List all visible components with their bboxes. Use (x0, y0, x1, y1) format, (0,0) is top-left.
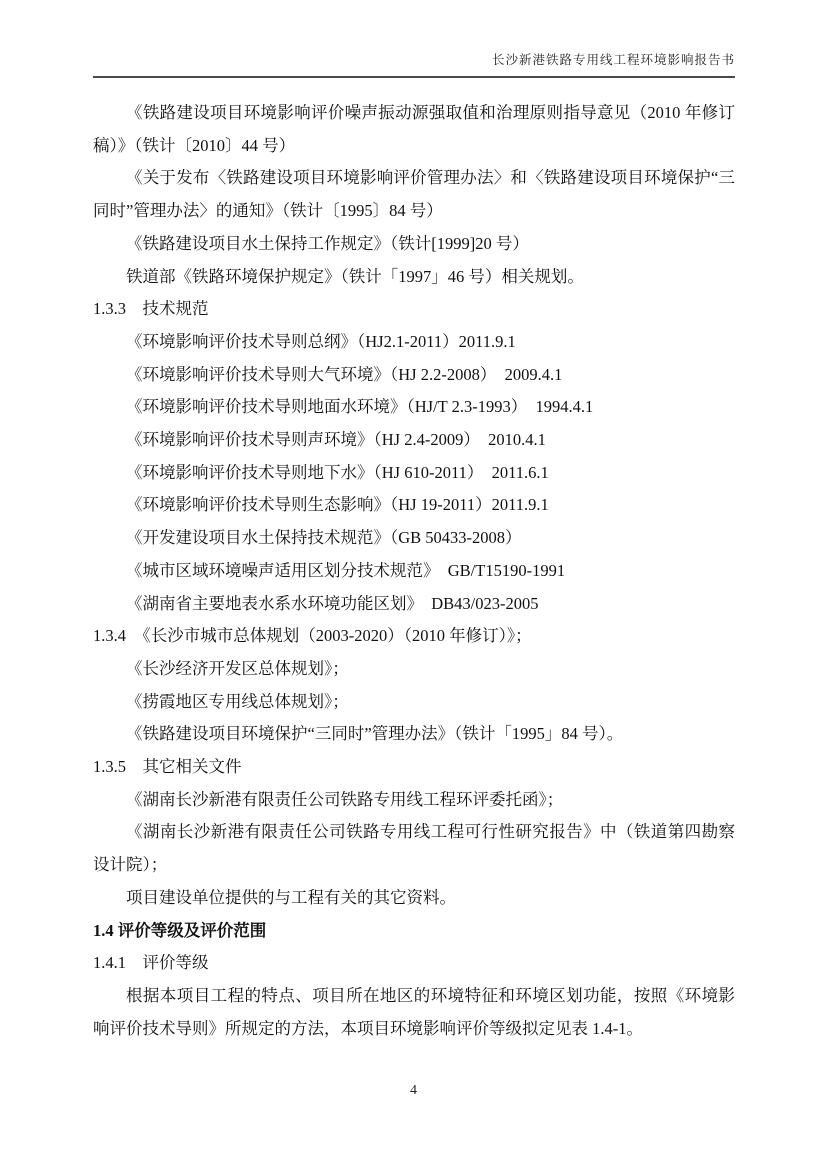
section-heading: 1.3.3 技术规范 (93, 293, 735, 326)
paragraph: 《环境影响评价技术导则总纲》（HJ2.1-2011）2011.9.1 (93, 326, 735, 359)
paragraph: 《环境影响评价技术导则生态影响》（HJ 19-2011）2011.9.1 (93, 489, 735, 522)
paragraph: 《城市区域环境噪声适用区划分技术规范》 GB/T15190-1991 (93, 555, 735, 588)
paragraph: 《关于发布〈铁路建设项目环境影响评价管理办法〉和〈铁路建设项目环境保护“三同时”… (93, 162, 735, 227)
section-heading: 1.4.1 评价等级 (93, 947, 735, 980)
section-heading: 1.3.5 其它相关文件 (93, 751, 735, 784)
paragraph: 根据本项目工程的特点、项目所在地区的环境特征和环境区划功能，按照《环境影响评价技… (93, 980, 735, 1045)
paragraph: 《铁路建设项目环境影响评价噪声振动源强取值和治理原则指导意见（2010 年修订稿… (93, 97, 735, 162)
paragraph: 《环境影响评价技术导则大气环境》（HJ 2.2-2008） 2009.4.1 (93, 359, 735, 392)
paragraph: 《湖南长沙新港有限责任公司铁路专用线工程环评委托函》； (93, 784, 735, 817)
paragraph: 《开发建设项目水土保持技术规范》（GB 50433-2008） (93, 522, 735, 555)
section-heading: 1.3.4 《长沙市城市总体规划（2003-2020）（2010 年修订）》； (93, 620, 735, 653)
paragraph: 《铁路建设项目水土保持工作规定》（铁计[1999]20 号） (93, 228, 735, 261)
page-number: 4 (410, 1083, 417, 1098)
paragraph: 《捞霞地区专用线总体规划》； (93, 686, 735, 719)
paragraph: 铁道部《铁路环境保护规定》（铁计「1997」46 号）相关规划。 (93, 261, 735, 294)
paragraph: 《环境影响评价技术导则声环境》（HJ 2.4-2009） 2010.4.1 (93, 424, 735, 457)
report-header: 长沙新港铁路专用线工程环境影响报告书 (93, 50, 735, 78)
paragraph: 《长沙经济开发区总体规划》； (93, 653, 735, 686)
chapter-heading: 1.4 评价等级及评价范围 (93, 915, 735, 948)
paragraph: 项目建设单位提供的与工程有关的其它资料。 (93, 882, 735, 915)
paragraph: 《铁路建设项目环境保护“三同时”管理办法》（铁计「1995」84 号）。 (93, 718, 735, 751)
document-body: 《铁路建设项目环境影响评价噪声振动源强取值和治理原则指导意见（2010 年修订稿… (93, 97, 735, 1045)
document-page: 长沙新港铁路专用线工程环境影响报告书 《铁路建设项目环境影响评价噪声振动源强取值… (0, 0, 827, 1169)
paragraph: 《湖南长沙新港有限责任公司铁路专用线工程可行性研究报告》中（铁道第四勘察设计院）… (93, 816, 735, 881)
paragraph: 《环境影响评价技术导则地面水环境》（HJ/T 2.3-1993） 1994.4.… (93, 391, 735, 424)
header-title: 长沙新港铁路专用线工程环境影响报告书 (492, 53, 735, 67)
paragraph: 《环境影响评价技术导则地下水》（HJ 610-2011） 2011.6.1 (93, 457, 735, 490)
paragraph: 《湖南省主要地表水系水环境功能区划》 DB43/023-2005 (93, 588, 735, 621)
page-footer: 4 (0, 1083, 827, 1099)
